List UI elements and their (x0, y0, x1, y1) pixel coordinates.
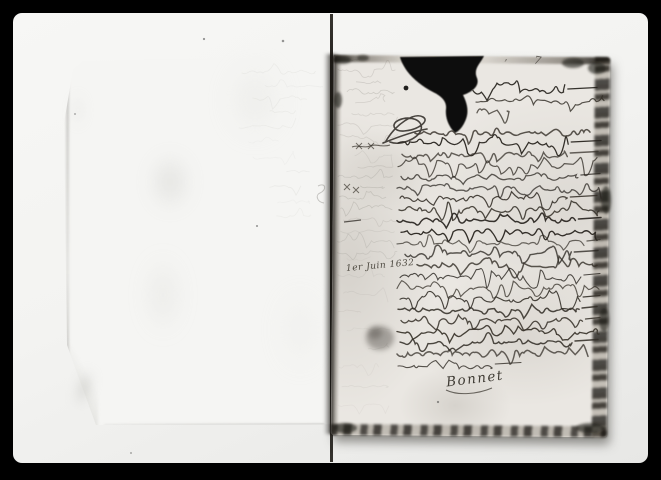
right-page (331, 55, 610, 437)
page-edge-top (334, 55, 610, 64)
manuscript-scan: 1er Juin 1632 Bonnet 7 ’ (0, 0, 661, 480)
left-page (64, 57, 330, 428)
